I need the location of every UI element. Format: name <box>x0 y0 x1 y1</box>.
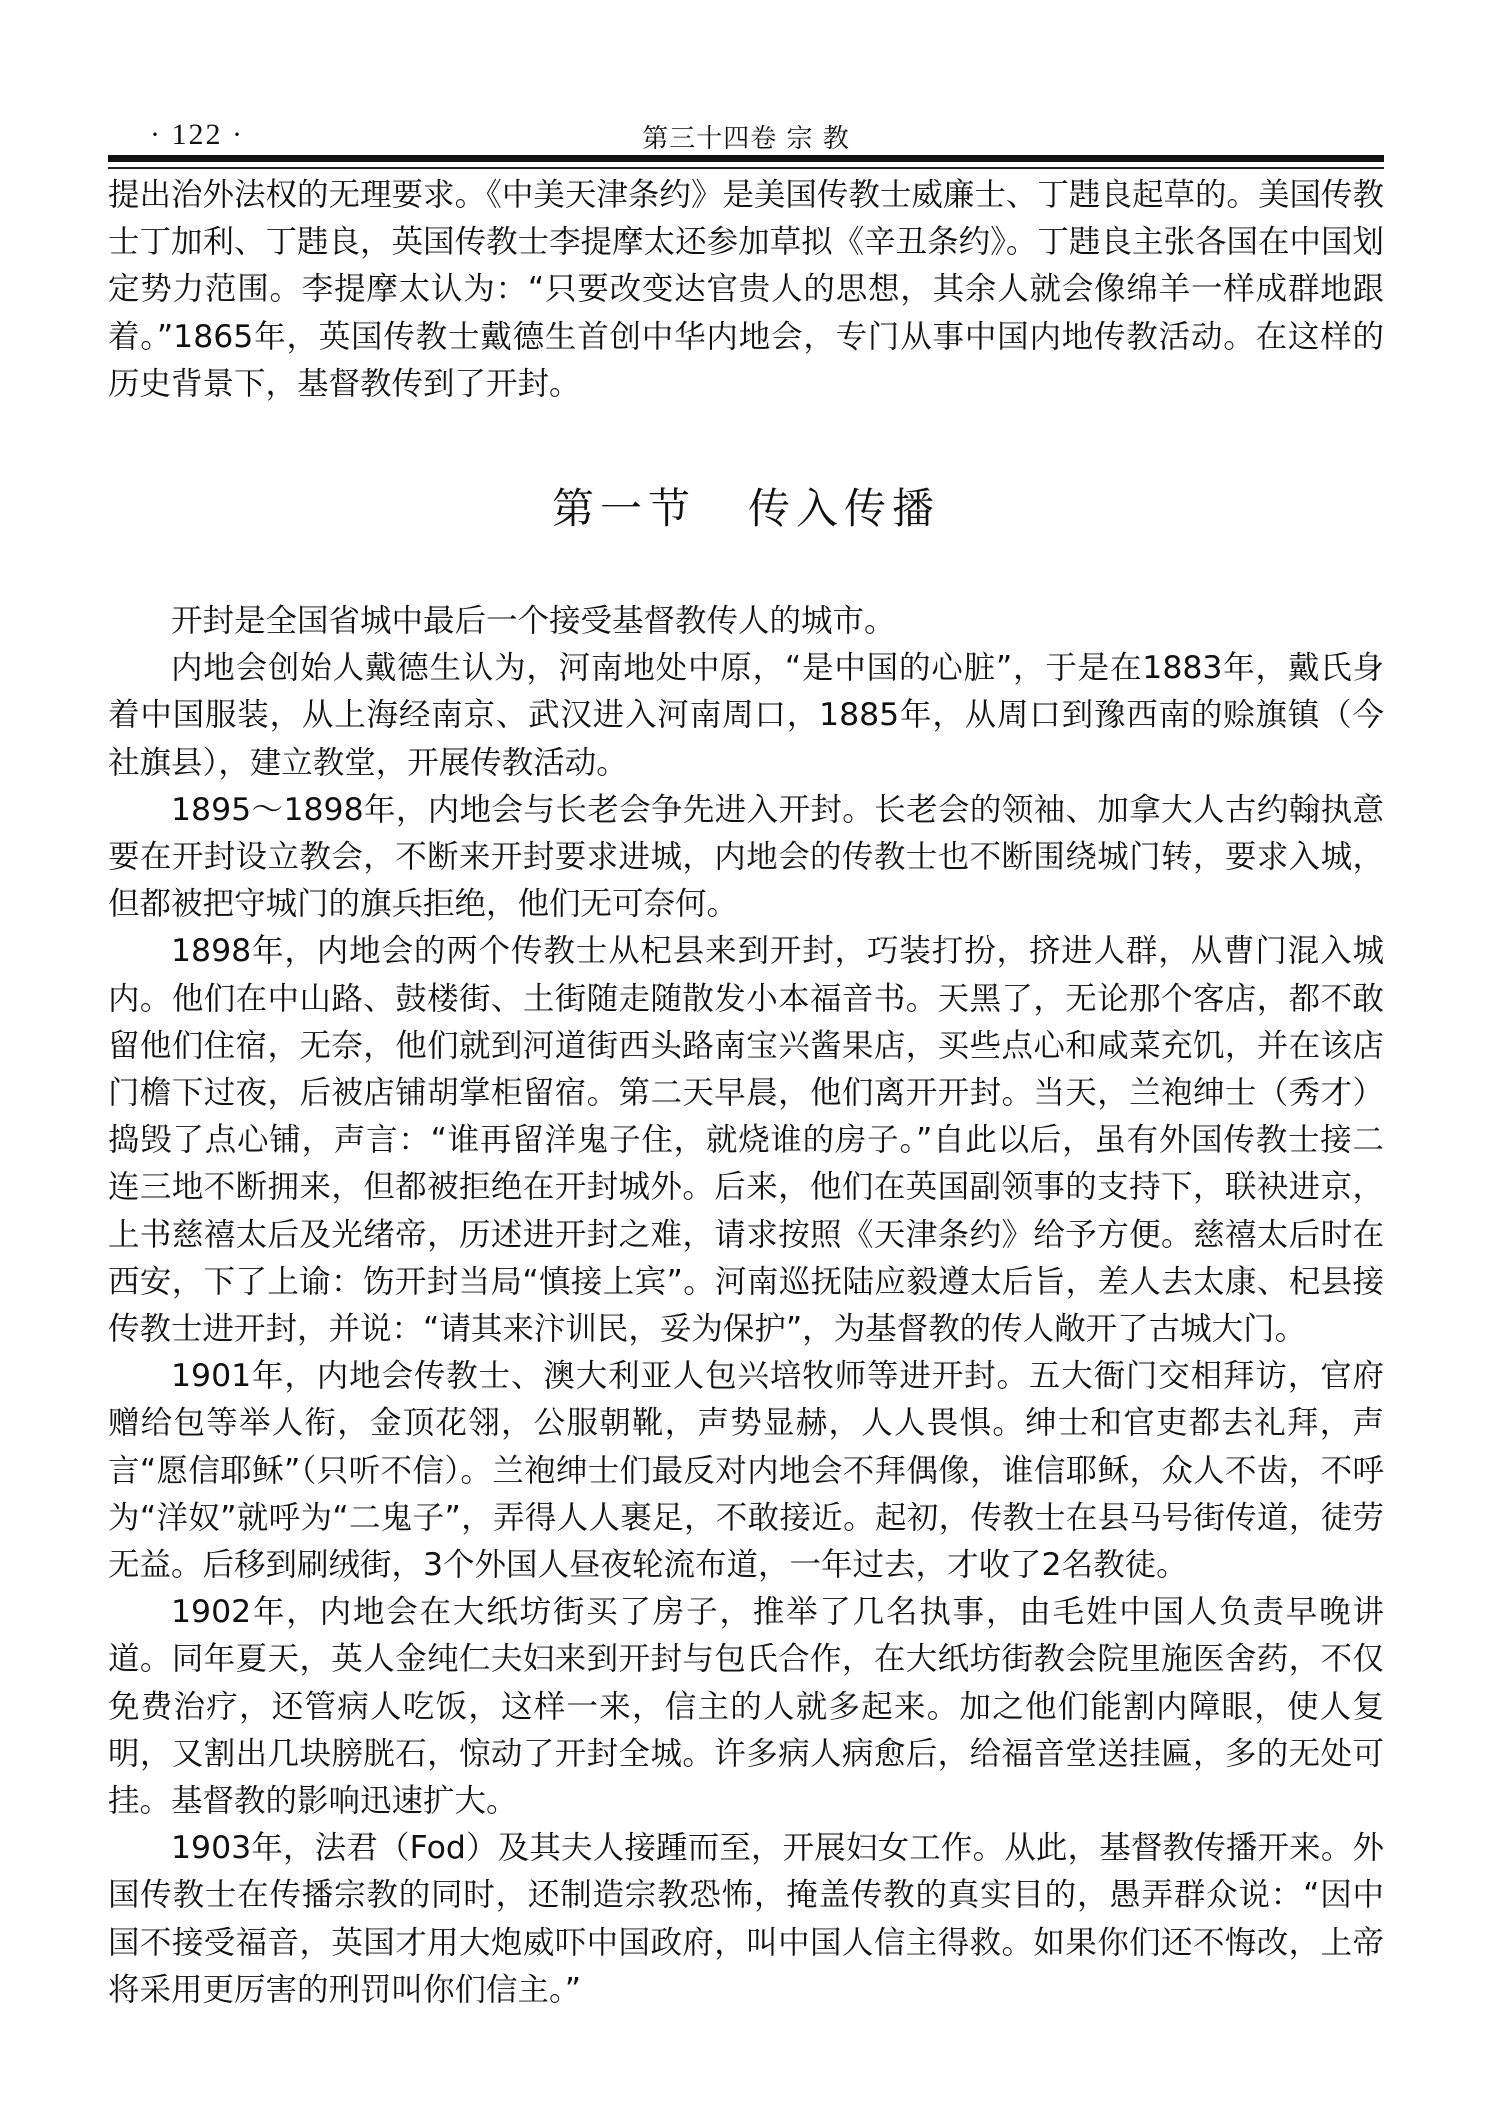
section-title: 传入传播 <box>748 484 940 533</box>
section-number: 第一节 <box>552 484 696 533</box>
paragraph: 1901年，内地会传教士、澳大利亚人包兴培牧师等进开封。五大衙门交相拜访，官府赠… <box>108 1353 1384 1589</box>
paragraph: 内地会创始人戴德生认为，河南地处中原，“是中国的心脏”，于是在1883年，戴氏身… <box>108 645 1384 787</box>
section-heading: 第一节传入传播 <box>108 476 1384 536</box>
paragraph: 1903年，法君（Fod）及其夫人接踵而至，开展妇女工作。从此，基督教传播开来。… <box>108 1825 1384 2014</box>
paragraph: 开封是全国省城中最后一个接受基督教传人的城市。 <box>108 598 1384 645</box>
intro-paragraph: 提出治外法权的无理要求。《中美天津条约》是美国传教士威廉士、丁韪良起草的。美国传… <box>108 172 1384 408</box>
running-head: · 122 · 第三十四卷 宗 教 <box>108 118 1384 158</box>
body-text: 开封是全国省城中最后一个接受基督教传人的城市。 内地会创始人戴德生认为，河南地处… <box>108 598 1384 2014</box>
header-rule-thin <box>108 167 1384 169</box>
intro-text: 提出治外法权的无理要求。《中美天津条约》是美国传教士威廉士、丁韪良起草的。美国传… <box>108 172 1384 408</box>
header-rule-thick <box>108 155 1384 162</box>
paragraph: 1898年，内地会的两个传教士从杞县来到开封，巧装打扮，挤进人群，从曹门混入城内… <box>108 928 1384 1353</box>
paragraph: 1902年，内地会在大纸坊街买了房子，推举了几名执事，由毛姓中国人负责早晚讲道。… <box>108 1589 1384 1825</box>
paragraph: 1895～1898年，内地会与长老会争先进入开封。长老会的领袖、加拿大人古约翰执… <box>108 787 1384 929</box>
running-title: 第三十四卷 宗 教 <box>108 118 1384 155</box>
